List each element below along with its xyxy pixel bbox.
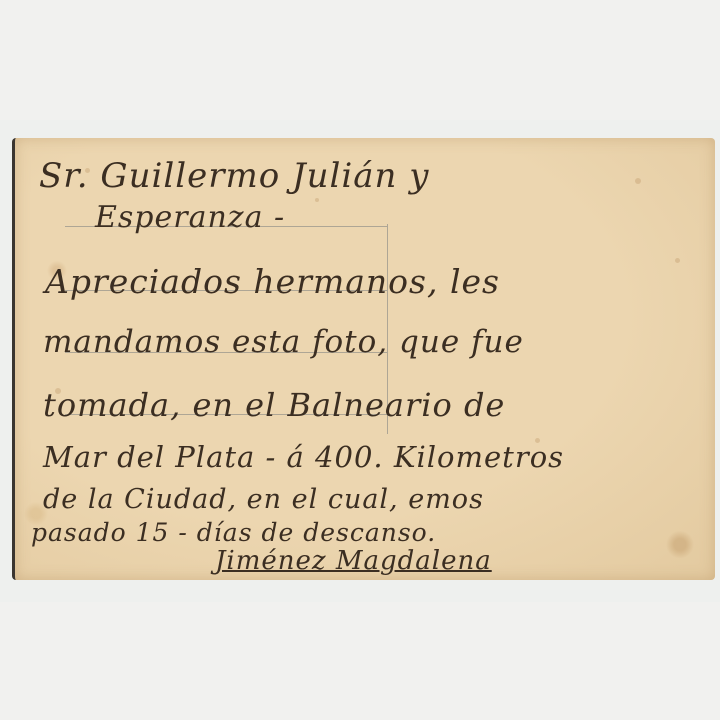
letter-line: pasado 15 - días de descanso. [31,518,436,547]
letter-line-salutation: Sr. Guillermo Julián y [39,156,429,196]
postcard-back: Sr. Guillermo Julián y Esperanza - Aprec… [12,138,715,580]
letter-line: tomada, en el Balneario de [43,386,505,424]
letter-line-salutation-2: Esperanza - [95,200,285,235]
stain [315,198,319,202]
letter-line: Apreciados hermanos, les [45,262,500,301]
stain [675,258,680,263]
signature: Jiménez Magdalena [215,546,492,576]
letter-line: Mar del Plata - á 400. Kilometros [43,440,564,474]
letter-line: de la Ciudad, en el cual, emos [43,484,484,515]
letter-line: mandamos esta foto, que fue [43,324,524,360]
stain [635,178,641,184]
